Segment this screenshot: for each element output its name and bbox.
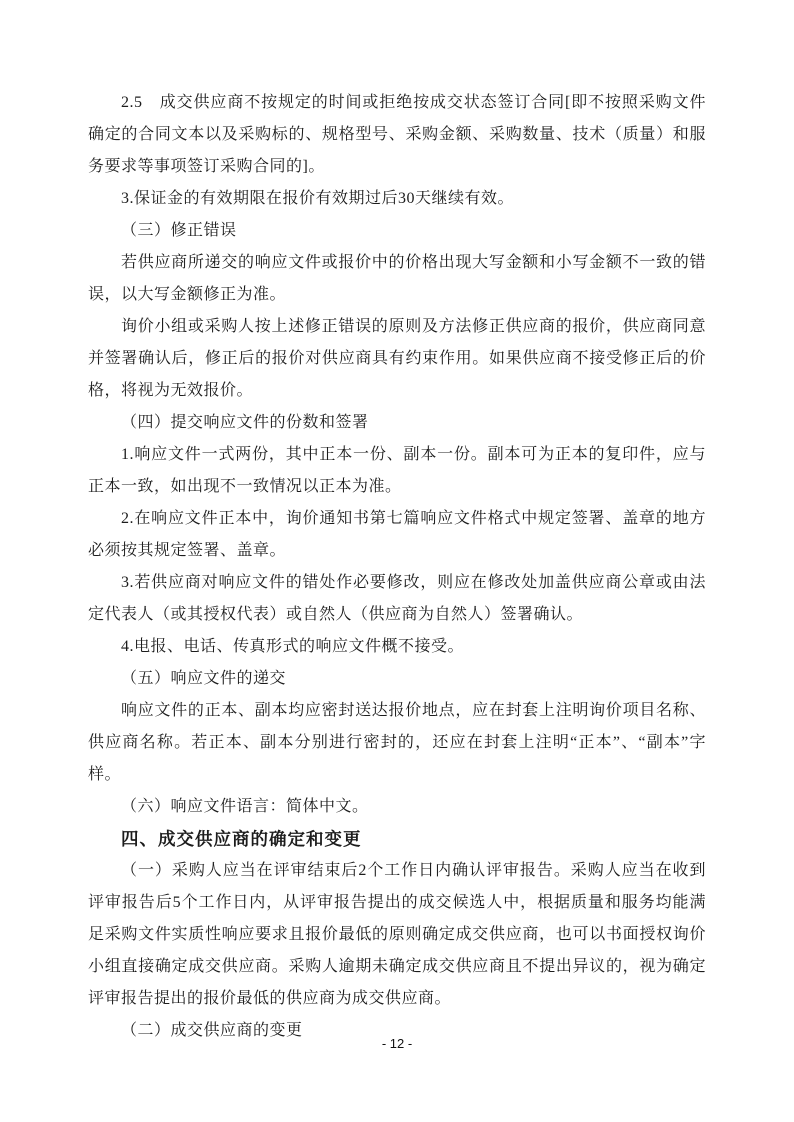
document-body: 2.5 成交供应商不按规定的时间或拒绝按成交状态签订合同[即不按照采购文件确定的… <box>88 87 706 1047</box>
paragraph: 1.响应文件一式两份，其中正本一份、副本一份。副本可为正本的复印件，应与正本一致… <box>88 439 706 503</box>
paragraph: 3.若供应商对响应文件的错处作必要修改，则应在修改处加盖供应商公章或由法定代表人… <box>88 567 706 631</box>
paragraph: （三）修正错误 <box>88 215 706 247</box>
paragraph: 响应文件的正本、副本均应密封送达报价地点，应在封套上注明询价项目名称、供应商名称… <box>88 695 706 791</box>
paragraph: （一）采购人应当在评审结束后2个工作日内确认评审报告。采购人应当在收到评审报告后… <box>88 855 706 1015</box>
document-page: 2.5 成交供应商不按规定的时间或拒绝按成交状态签订合同[即不按照采购文件确定的… <box>0 0 794 1122</box>
paragraph: 4.电报、电话、传真形式的响应文件概不接受。 <box>88 631 706 663</box>
paragraph: （四）提交响应文件的份数和签署 <box>88 407 706 439</box>
paragraph: 询价小组或采购人按上述修正错误的原则及方法修正供应商的报价，供应商同意并签署确认… <box>88 311 706 407</box>
paragraph: 3.保证金的有效期限在报价有效期过后30天继续有效。 <box>88 183 706 215</box>
page-footer: - 12 - <box>0 1036 794 1051</box>
paragraph: 若供应商所递交的响应文件或报价中的价格出现大写金额和小写金额不一致的错误，以大写… <box>88 247 706 311</box>
paragraph: 2.在响应文件正本中，询价通知书第七篇响应文件格式中规定签署、盖章的地方必须按其… <box>88 503 706 567</box>
paragraph: （五）响应文件的递交 <box>88 663 706 695</box>
paragraph: 2.5 成交供应商不按规定的时间或拒绝按成交状态签订合同[即不按照采购文件确定的… <box>88 87 706 183</box>
page-number: - 12 - <box>382 1036 412 1051</box>
section-heading: 四、成交供应商的确定和变更 <box>88 823 706 855</box>
paragraph: （六）响应文件语言：简体中文。 <box>88 791 706 823</box>
